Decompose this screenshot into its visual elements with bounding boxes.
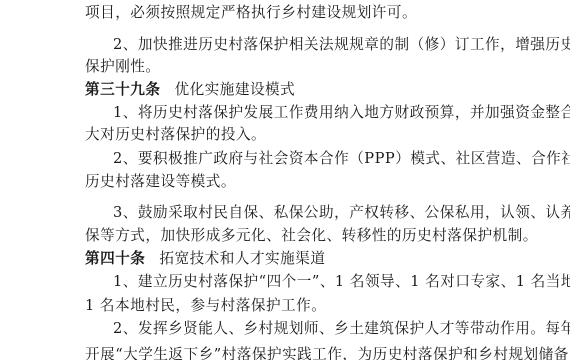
paragraph-line: 3、鼓励采取村民自保、私保公助，产权转移、公保私用，认领、认养、认: [113, 204, 490, 222]
text-line: 保等方式，加快形成多元化、社会化、转移性的历史村落保护机制。: [85, 227, 490, 245]
paragraph-line: 2、加快推进历史村落保护相关法规规章的制（修）订工作，增强历史村落: [113, 36, 490, 54]
text-line: 1 名本地村民，参与村落保护工作。: [85, 297, 490, 315]
paragraph-line: 2、要积极推广政府与社会资本合作（PPP）模式、社区营造、合作社主导: [113, 150, 490, 168]
paragraph-line: 2、发挥乡贤能人、乡村规划师、乡土建筑保护人才等带动作用。每年组织: [113, 320, 490, 338]
article-heading-39: 第三十九条优化实施建设模式: [85, 81, 490, 99]
document-page: 项目，必须按照规定严格执行乡村建设规划许可。 2、加快推进历史村落保护相关法规规…: [0, 0, 570, 360]
text-line: 历史村落建设等模式。: [85, 173, 490, 191]
text-line: 大对历史村落保护的投入。: [85, 126, 490, 144]
article-title: 拓宽技术和人才实施渠道: [159, 250, 325, 267]
article-number: 第三十九条: [85, 81, 160, 98]
article-heading-40: 第四十条拓宽技术和人才实施渠道: [85, 250, 490, 268]
paragraph-line: 1、建立历史村落保护“四个一”、1 名领导、1 名对口专家、1 名当地工匠、: [113, 273, 490, 291]
article-title: 优化实施建设模式: [174, 81, 295, 98]
article-number: 第四十条: [85, 250, 145, 267]
text-line: 项目，必须按照规定严格执行乡村建设规划许可。: [85, 4, 490, 22]
paragraph-line: 1、将历史村落保护发展工作费用纳入地方财政预算，并加强资金整合，加: [113, 104, 490, 122]
text-line: 开展“大学生返下乡”村落保护实践工作，为历史村落保护和乡村规划储备人才: [85, 346, 490, 360]
text-line: 保护刚性。: [85, 58, 490, 76]
